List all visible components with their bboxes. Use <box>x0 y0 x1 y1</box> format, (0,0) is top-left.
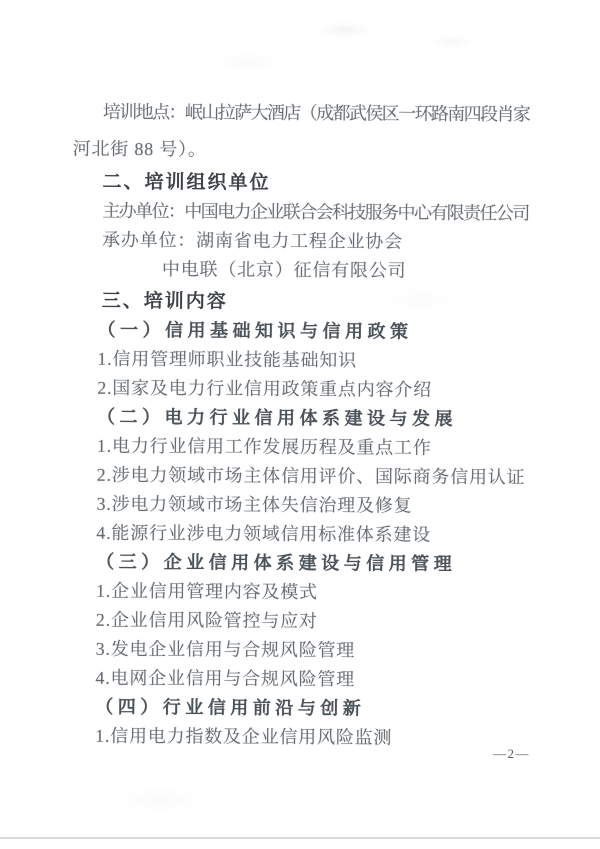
page-number: —2— <box>493 746 530 762</box>
content-item: 1.信用管理师职业技能基础知识 <box>71 345 531 377</box>
content-item: 1.电力行业信用工作发展历程及重点工作 <box>71 432 531 464</box>
content-item: 1.企业信用管理内容及模式 <box>70 577 530 609</box>
training-location-line-1: 培训地点：岷山拉萨大酒店（成都武侯区一环路南四段肖家 <box>73 98 533 130</box>
organizer-unit-second-line: 中电联（北京）征信有限公司 <box>72 255 532 287</box>
section-two-heading: 二、培训组织单位 <box>72 168 532 200</box>
subsection-three-heading: （三）企业信用体系建设与信用管理 <box>70 548 530 580</box>
organizer-unit-line: 承办单位：湖南省电力工程企业协会 <box>72 226 532 258</box>
scan-edge <box>0 837 600 839</box>
content-item: 3.涉电力领域市场主体失信治理及修复 <box>70 490 530 522</box>
content-item: 2.企业信用风险管控与应对 <box>70 606 530 638</box>
section-three-heading: 三、培训内容 <box>72 287 532 319</box>
content-item: 4.能源行业涉电力领域信用标准体系建设 <box>70 519 530 551</box>
content-item: 3.发电企业信用与合规风险管理 <box>70 635 530 667</box>
document-body: 培训地点：岷山拉萨大酒店（成都武侯区一环路南四段肖家 河北街 88 号）。 二、… <box>69 98 533 754</box>
host-unit-line: 主办单位：中国电力企业联合会科技服务中心有限责任公司 <box>72 197 532 229</box>
content-item: 2.国家及电力行业信用政策重点内容介绍 <box>71 374 531 406</box>
training-location-line-2: 河北街 88 号）。 <box>73 135 533 167</box>
content-item: 2.涉电力领域市场主体信用评价、国际商务信用认证 <box>71 461 531 493</box>
content-item: 1.信用电力指数及企业信用风险监测 <box>69 722 529 754</box>
content-item: 4.电网企业信用与合规风险管理 <box>69 664 529 696</box>
subsection-one-heading: （一）信用基础知识与信用政策 <box>71 316 531 348</box>
scanned-document-page: { "colors": { "page_background": "#fffff… <box>0 0 600 849</box>
subsection-four-heading: （四）行业信用前沿与创新 <box>69 693 529 725</box>
subsection-two-heading: （二）电力行业信用体系建设与发展 <box>71 403 531 435</box>
